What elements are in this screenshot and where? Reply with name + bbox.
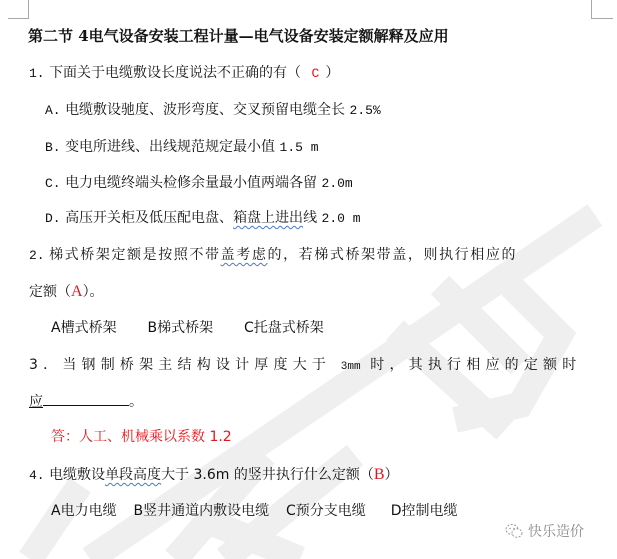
option-4c: C预分支电缆 [286,503,366,519]
wechat-icon [505,523,523,539]
question-1-stem: 下面关于电缆敷设长度说法不正确的有（ [49,65,301,81]
question-3-line2: 应。 [29,391,143,412]
logo-text: 快乐造价 [528,521,584,541]
question-2-options: A槽式桥架 B梯式桥架 C托盘式桥架 [51,318,324,338]
question-3-answer: 答：人工、机械乘以系数 1.2 [51,427,232,447]
spellcheck-underline: 盖考虑 [221,247,268,263]
fill-in-blank [43,391,129,406]
question-4-answer: B [374,466,385,483]
question-1-answer: C [306,66,326,81]
question-4-options: A电力电缆 B竖井通道内敷设电缆 C预分支电缆 D控制电缆 [51,501,457,521]
spellcheck-underline: 箱盘上进出 [233,210,303,226]
question-1: 1. 下面关于电缆敷设长度说法不正确的有（ C） [29,63,339,84]
option-1b: B. 变电所进线、出线规范规定最小值 1.5 m [45,137,319,158]
question-4: 4. 电缆敷设单段高度大于 3.6m 的竖井执行什么定额（B） [29,465,399,486]
option-2a: A槽式桥架 [51,320,117,336]
option-2c: C托盘式桥架 [244,320,324,336]
question-2: 2. 梯式桥架定额是按照不带盖考虑的，若梯式桥架带盖，则执行相应的 [29,245,517,266]
option-2b: B梯式桥架 [147,320,213,336]
page-title: 第二节 4电气设备安装工程计量—电气设备安装定额解释及应用 [28,26,449,46]
question-2-line2: 定额（A）。 [29,282,104,302]
spellcheck-underline: 单段高度 [105,467,161,483]
question-3: 3．当钢制桥架主结构设计厚度大于 3mm 时，其执行相应的定额时 [29,355,581,377]
option-1a: A. 电缆敷设驰度、波形弯度、交叉预留电缆全长 2.5% [45,100,381,121]
question-2-answer: A [71,283,83,300]
option-4a: A电力电缆 [51,503,117,519]
crop-mark-top-right [591,0,613,19]
crop-mark-top-left [8,0,29,19]
wechat-account-logo: 快乐造价 [505,521,584,541]
option-1d: D. 高压开关柜及低压配电盘、箱盘上进出线 2.0 m [45,208,361,229]
option-4d: D控制电缆 [391,503,458,519]
option-4b: B竖井通道内敷设电缆 [133,503,269,519]
option-1c: C. 电力电缆终端头检修余量最小值两端各留 2.0m [45,173,353,194]
